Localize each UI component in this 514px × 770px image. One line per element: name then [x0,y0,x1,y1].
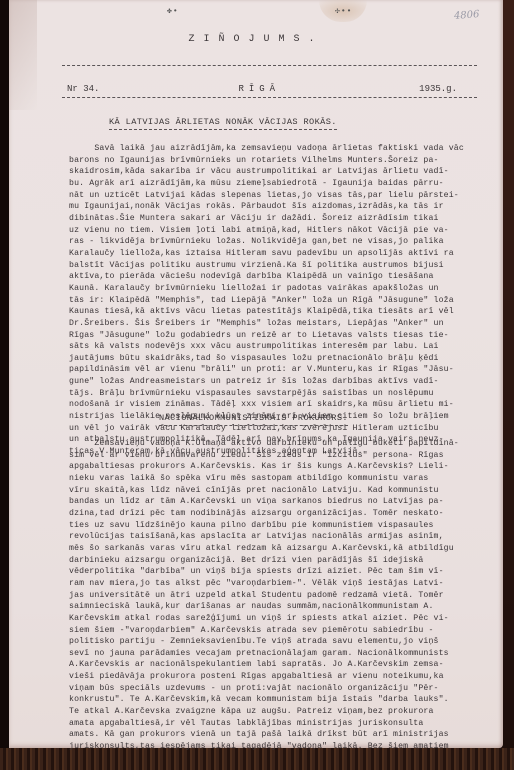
text-line: balstīt Vācijas politiku austrumu virzie… [69,260,469,272]
text-line: amats. Kā gan prokurors vienā un tajā pa… [69,729,469,741]
text-line: Karčevskim atkal rodas sarežģījumi un vi… [69,613,469,625]
text-line: apgabaltiesas prokurors A.Karčevskis. Ka… [69,461,469,473]
text-line: viņam būs speciāls uzdevums - un proti:v… [69,683,469,695]
text-line: barons no Igaunijas brīvmūrnieks un rota… [69,155,469,167]
article-2-title: NACIONĀLKOMMUNISTISKAIS PROKURORS. [159,413,348,426]
text-line: A.Karčevskis ar nacionālspekulantiem lab… [69,659,469,671]
text-line: tās ir: Klaipēdā "Memphis", tad Liepājā … [69,295,469,307]
text-line: siem šiem -"varoņdarbiem" A.Karčevskis a… [69,625,469,637]
issue-meta-row: Nr 34. RĪGĀ 1935.g. [67,84,457,94]
text-line: jautājums būtu skaidrāks,tad šo vispasau… [69,353,469,365]
text-line: sevī no jauna parādamies vecajam pretnac… [69,648,469,660]
text-line: bu. Agrāk arī aizrādījām,ka mūsu ziemeļs… [69,178,469,190]
text-line: Karalaučy lielloža,kas iztaisa Hitleram … [69,248,469,260]
text-line: revolūcijas taisīšanā,kas apslacīta ar L… [69,531,469,543]
divider-bottom [62,97,477,98]
archive-number: 4806 [453,9,479,22]
text-line: vēderpolitika "darbība" un viņš bija spi… [69,566,469,578]
text-line: ram nav miera,jo tas alkst pēc "varoņdar… [69,578,469,590]
text-line: bandas un līdz ar tām A.Karčevski un viņ… [69,496,469,508]
text-line: Dr.Šreibers. Šis Šreibers ir "Memphis" l… [69,318,469,330]
text-line: Zemsavieņu vadoņa K.Ulmaņa aktīvo darbin… [69,438,469,450]
text-line: tājs. Brāļu brīvmūrnieku vispasaules sav… [69,388,469,400]
text-line: uz vienu no tiem. Visiem ļoti labi atmiņ… [69,225,469,237]
text-line: ras - likvidēja brīvmūrnieku ložas. Noli… [69,236,469,248]
text-line: skaidrosim,kāda sakarība ir vācu austrum… [69,166,469,178]
text-line: papildināsim vēl ar vienu "brāli" un pro… [69,364,469,376]
issue-number: Nr 34. [67,84,99,94]
text-line: konkrustu". Te A.Karčevskim,kā vecam kom… [69,694,469,706]
article-1-body: Savā laikā jau aizrādījām,ka zemsavieņu … [69,143,469,458]
text-line: mu Igaunijai,nonāk Vācijas rokās. Pārbau… [69,201,469,213]
article-1-title: KĀ LATVIJAS ĀRLIETAS NONĀK VĀCIJAS ROKĀS… [109,117,337,130]
punch-mark-left: ✤• [167,6,179,16]
text-line: jas universitātē un ātri uzpeld atkal St… [69,590,469,602]
text-line: dzina,tad drīzi pēc tam nodibinājās aizs… [69,508,469,520]
masthead-title: ZIÑOJUMS. [9,34,503,45]
text-line: nodošanā ir visiem zināmas. Tādēļ xxx vi… [69,399,469,411]
text-line: juriskonsults,tas iespējams tikai tagadē… [69,741,469,753]
text-line: dibinātas.Šie Muntera sakari ar Vāciju i… [69,213,469,225]
article-2-body: Zemsavieņu vadoņa K.Ulmaņa aktīvo darbin… [69,438,469,753]
text-line: Kaunas tiesā,kā aktīvs vācu lietas pates… [69,306,469,318]
text-line: Kaunā. Karalaučy brīvmūrnieku lielložai … [69,283,469,295]
text-line: saimnieciskā laukā,kur darīšanas ar naud… [69,601,469,613]
text-line: Savā laikā jau aizrādījām,ka zemsavieņu … [69,143,469,155]
text-line: Rīgas "Jāsugune" ložu godabiedrs un reiz… [69,330,469,342]
text-line: aktīva,to pierāda vāciešu nodevīgā darbī… [69,271,469,283]
text-line: ties uz savu līdzšinējo kauna pilno darb… [69,520,469,532]
text-line: Te atkal A.Karčevska zvaigzne kāpa uz au… [69,706,469,718]
text-line: politisko partiju - Zemnieksavienību.Te … [69,636,469,648]
text-line: gune" ložas Andreasmeistars un patreiz i… [69,376,469,388]
issue-city: RĪGĀ [238,84,280,94]
text-line: mēs šo sarkanās varas vīru atkal redzam … [69,543,469,555]
divider-top [62,65,477,66]
text-line: nieku varas laikā šo spēka vīru mēs sast… [69,473,469,485]
text-line: darbinieku aizsargu organizācijā. Bet dr… [69,555,469,567]
issue-year: 1935.g. [419,84,457,94]
text-line: sāts kā valsts nodevējs xxx vācu austrum… [69,341,469,353]
text-line: nāt un uzticēt Latvijai kādas slepenas l… [69,190,469,202]
text-line: vīru skaitā,kas līdz nāvei cīnījās pret … [69,485,469,497]
text-line: sim vēl ar vienu brīnumvarenu ziedu. Šis… [69,450,469,462]
text-line: amata apgabaltiesā,ir vēl Tautas labklāj… [69,718,469,730]
background-edge-right [502,0,514,770]
punch-mark-right: ✣•• [335,6,352,16]
typewritten-page: ✤• ✣•• 4806 ZIÑOJUMS. Nr 34. RĪGĀ 1935.g… [9,0,503,748]
text-line: vieši piedāvāja prokurora posteni Rīgas … [69,671,469,683]
